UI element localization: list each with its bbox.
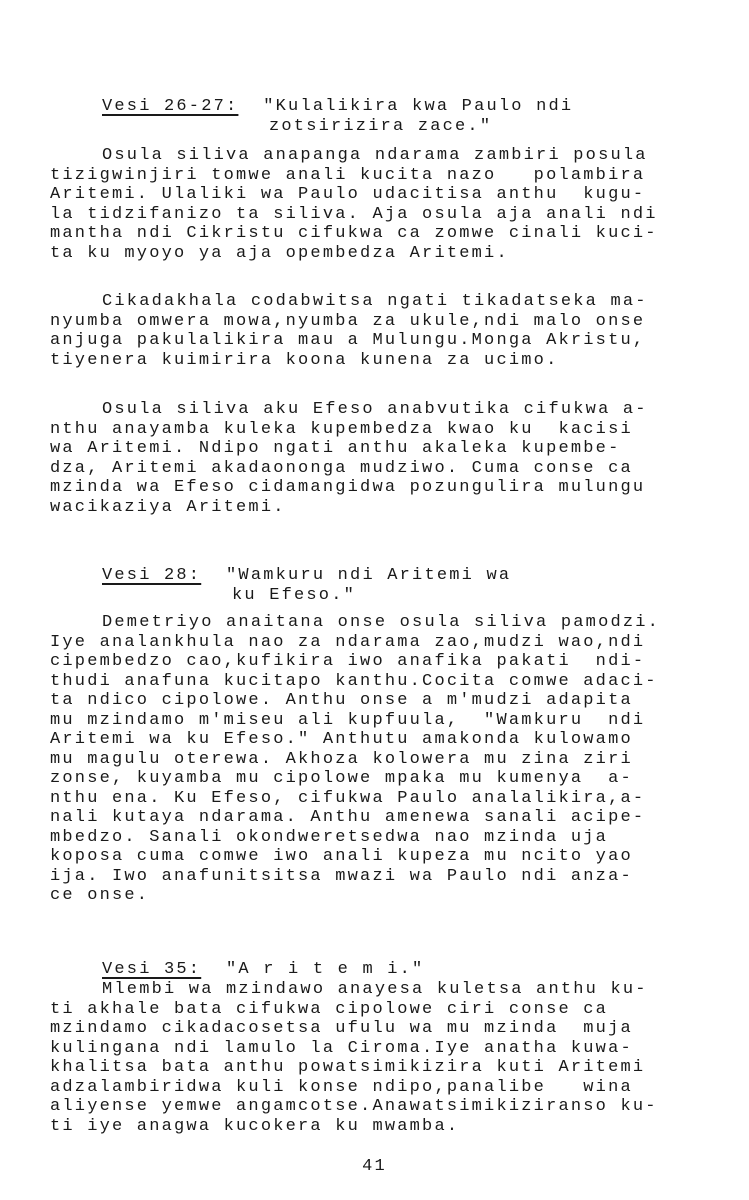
paragraph-line: mantha ndi Cikristu cifukwa ca zomwe cin…	[50, 224, 658, 244]
paragraph-line: zonse, kuyamba mu cipolowe mpaka mu kume…	[50, 769, 633, 789]
paragraph-line: ti akhale bata cifukwa cipolowe ciri con…	[50, 1000, 608, 1020]
paragraph-line: dza, Aritemi akadaononga mudziwo. Cuma c…	[50, 459, 633, 479]
paragraph-line: ija. Iwo anafunitsitsa mwazi wa Paulo nd…	[50, 867, 633, 887]
paragraph-line: ta ku myoyo ya aja opembedza Aritemi.	[50, 244, 509, 264]
verse-title: "A r i t e m i."	[226, 960, 424, 979]
paragraph-line: ce onse.	[50, 886, 149, 906]
section-heading: Vesi 28: "Wamkuru ndi Aritemi wa	[102, 566, 511, 586]
paragraph-line: Aritemi. Ulaliki wa Paulo udacitisa anth…	[50, 185, 645, 205]
paragraph-line: Iye analankhula nao za ndarama zao,mudzi…	[50, 633, 645, 653]
paragraph-line: mzindamo cikadacosetsa ufulu wa mu mzind…	[50, 1019, 633, 1039]
verse-title: "Kulalikira kwa Paulo ndi	[263, 97, 573, 116]
paragraph-line: Mlembi wa mzindawo anayesa kuletsa anthu…	[102, 980, 648, 1000]
paragraph-line: thudi anafuna kucitapo kanthu.Cocita com…	[50, 672, 658, 692]
paragraph-line: khalitsa bata anthu powatsimikizira kuti…	[50, 1058, 645, 1078]
paragraph-line: mu mzindamo m'miseu ali kupfuula, "Wamku…	[50, 711, 645, 731]
page-number: 41	[0, 1157, 749, 1176]
paragraph-line: Cikadakhala codabwitsa ngati tikadatseka…	[102, 292, 648, 312]
paragraph-line: Osula siliva anapanga ndarama zambiri po…	[102, 146, 648, 166]
paragraph-line: Osula siliva aku Efeso anabvutika cifukw…	[102, 400, 648, 420]
paragraph-line: tizigwinjiri tomwe anali kucita nazo pol…	[50, 166, 645, 186]
paragraph-line: Aritemi wa ku Efeso." Anthutu amakonda k…	[50, 730, 633, 750]
verse-label: Vesi 26-27:	[102, 97, 238, 116]
paragraph-line: mbedzo. Sanali okondweretsedwa nao mzind…	[50, 828, 608, 848]
paragraph-line: tiyenera kuimirira koona kunena za ucimo…	[50, 351, 558, 371]
section-heading: Vesi 26-27: "Kulalikira kwa Paulo ndi	[102, 97, 573, 117]
verse-label: Vesi 28:	[102, 566, 201, 585]
verse-title: "Wamkuru ndi Aritemi wa	[226, 566, 511, 585]
paragraph-line: nthu anayamba kuleka kupembedza kwao ku …	[50, 420, 633, 440]
paragraph-line: mu magulu oterewa. Akhoza kolowera mu zi…	[50, 750, 633, 770]
verse-title-cont: zotsirizira zace."	[269, 117, 492, 137]
paragraph-line: Demetriyo anaitana onse osula siliva pam…	[102, 613, 660, 633]
paragraph-line: mzinda wa Efeso cidamangidwa pozungulira…	[50, 478, 645, 498]
paragraph-line: aliyense yemwe angamcotse.Anawatsimikizi…	[50, 1097, 658, 1117]
paragraph-line: wa Aritemi. Ndipo ngati anthu akaleka ku…	[50, 439, 620, 459]
paragraph-line: anjuga pakulalikira mau a Mulungu.Monga …	[50, 331, 645, 351]
document-page: Vesi 26-27: "Kulalikira kwa Paulo ndi zo…	[0, 0, 749, 1200]
paragraph-line: adzalambiridwa kuli konse ndipo,panalibe…	[50, 1078, 633, 1098]
paragraph-line: nthu ena. Ku Efeso, cifukwa Paulo analal…	[50, 789, 645, 809]
paragraph-line: la tidzifanizo ta siliva. Aja osula aja …	[50, 205, 658, 225]
paragraph-line: wacikaziya Aritemi.	[50, 498, 286, 518]
section-heading: Vesi 35: "A r i t e m i."	[102, 960, 424, 980]
paragraph-line: kulingana ndi lamulo la Ciroma.Iye anath…	[50, 1039, 633, 1059]
paragraph-line: koposa cuma comwe iwo anali kupeza mu nc…	[50, 847, 633, 867]
paragraph-line: ta ndico cipolowe. Anthu onse a m'mudzi …	[50, 691, 633, 711]
paragraph-line: ti iye anagwa kucokera ku mwamba.	[50, 1117, 459, 1137]
paragraph-line: nali kutaya ndarama. Anthu amenewa sanal…	[50, 808, 645, 828]
paragraph-line: nyumba omwera mowa,nyumba za ukule,ndi m…	[50, 312, 645, 332]
verse-title-cont: ku Efeso."	[232, 586, 356, 606]
verse-label: Vesi 35:	[102, 960, 201, 979]
paragraph-line: cipembedzo cao,kufikira iwo anafika paka…	[50, 652, 645, 672]
